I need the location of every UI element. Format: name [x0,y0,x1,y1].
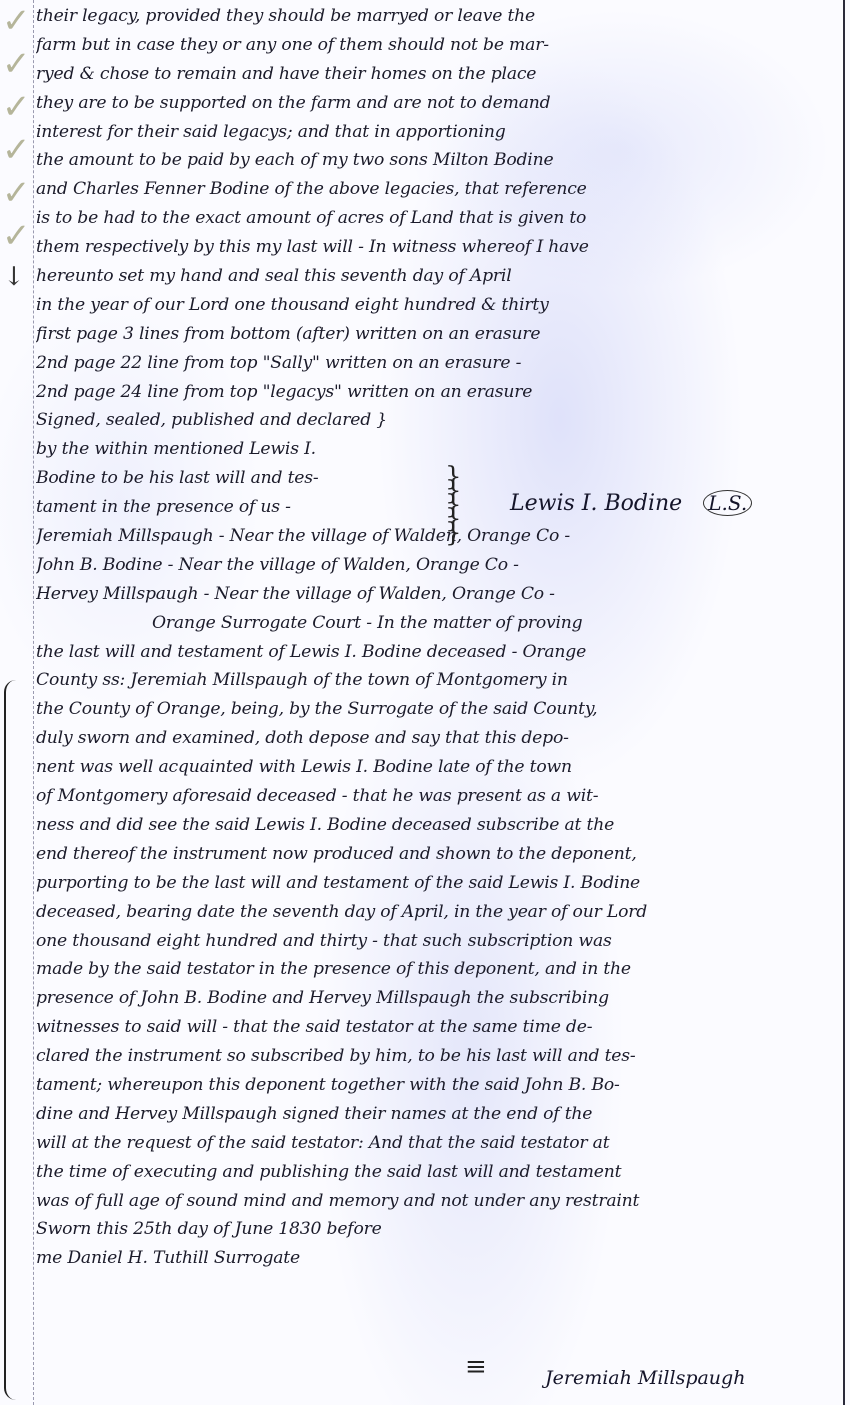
text-line: the time of executing and publishing the… [36,1158,841,1187]
erasure-note-line: 2nd page 24 line from top "legacys" writ… [36,378,841,407]
text-line: ryed & chose to remain and have their ho… [36,60,841,89]
check-mark-icon: ✓ [2,0,32,43]
text-line: nent was well acquainted with Lewis I. B… [36,753,841,782]
check-mark-icon: ✓ [2,215,32,258]
text-line: them respectively by this my last will -… [36,233,841,262]
brace-flourish-icon: }}}}} [445,470,462,540]
jurat-line: Sworn this 25th day of June 1830 before [36,1215,841,1244]
text-line: will at the request of the said testator… [36,1129,841,1158]
text-line: witnesses to said will - that the said t… [36,1013,841,1042]
deponent-signature: Jeremiah Millspaugh [545,1367,745,1389]
check-mark-icon: ✓ [2,129,32,172]
check-mark-icon: ✓ [2,43,32,86]
margin-check-marks: ✓ ✓ ✓ ✓ ✓ ✓ [2,0,32,260]
text-line: end thereof the instrument now produced … [36,840,841,869]
text-line: of Montgomery aforesaid deceased - that … [36,782,841,811]
text-line: their legacy, provided they should be ma… [36,2,841,31]
text-line: interest for their said legacys; and tha… [36,118,841,147]
page-edge-rule [843,0,845,1405]
text-line: tament; whereupon this deponent together… [36,1071,841,1100]
text-line: deceased, bearing date the seventh day o… [36,898,841,927]
text-line: in the year of our Lord one thousand eig… [36,291,841,320]
check-mark-icon: ✓ [2,172,32,215]
jurat-line: me Daniel H. Tuthill Surrogate [36,1244,841,1273]
margin-rule [33,0,34,1405]
attestation-line: by the within mentioned Lewis I. [36,435,841,464]
text-line: clared the instrument so subscribed by h… [36,1042,841,1071]
margin-bracket [4,680,16,1400]
witness-line: Hervey Millspaugh - Near the village of … [36,580,841,609]
text-line: was of full age of sound mind and memory… [36,1187,841,1216]
court-heading-line: Orange Surrogate Court - In the matter o… [36,609,841,638]
text-line: made by the said testator in the presenc… [36,955,841,984]
testator-signature: Lewis I. Bodine [510,491,682,516]
text-line: the amount to be paid by each of my two … [36,146,841,175]
down-arrow-icon: ↓ [3,262,25,292]
text-line: is to be had to the exact amount of acre… [36,204,841,233]
document-page: ✓ ✓ ✓ ✓ ✓ ✓ ↓ their legacy, provided the… [0,0,850,1405]
attestation-line: Bodine to be his last will and tes- [36,464,841,493]
text-line: presence of John B. Bodine and Hervey Mi… [36,984,841,1013]
testator-signature-block: Lewis I. Bodine L.S. [510,490,752,516]
text-line: purporting to be the last will and testa… [36,869,841,898]
erasure-note-line: 2nd page 22 line from top "Sally" writte… [36,349,841,378]
text-line: the County of Orange, being, by the Surr… [36,695,841,724]
check-mark-icon: ✓ [2,86,32,129]
text-line: the last will and testament of Lewis I. … [36,638,841,667]
witness-line: John B. Bodine - Near the village of Wal… [36,551,841,580]
text-line: dine and Hervey Millspaugh signed their … [36,1100,841,1129]
text-line: one thousand eight hundred and thirty - … [36,927,841,956]
attestation-line: Signed, sealed, published and declared } [36,406,841,435]
text-line: hereunto set my hand and seal this seven… [36,262,841,291]
text-line: farm but in case they or any one of them… [36,31,841,60]
text-line: duly sworn and examined, doth depose and… [36,724,841,753]
seal-icon: L.S. [703,490,752,516]
witness-line: Jeremiah Millspaugh - Near the village o… [36,522,841,551]
text-line: and Charles Fenner Bodine of the above l… [36,175,841,204]
brace-flourish-icon: ≡ [465,1360,487,1374]
erasure-note-line: first page 3 lines from bottom (after) w… [36,320,841,349]
text-line: ness and did see the said Lewis I. Bodin… [36,811,841,840]
text-line: County ss: Jeremiah Millspaugh of the to… [36,666,841,695]
text-line: they are to be supported on the farm and… [36,89,841,118]
document-body: their legacy, provided they should be ma… [36,2,841,1273]
